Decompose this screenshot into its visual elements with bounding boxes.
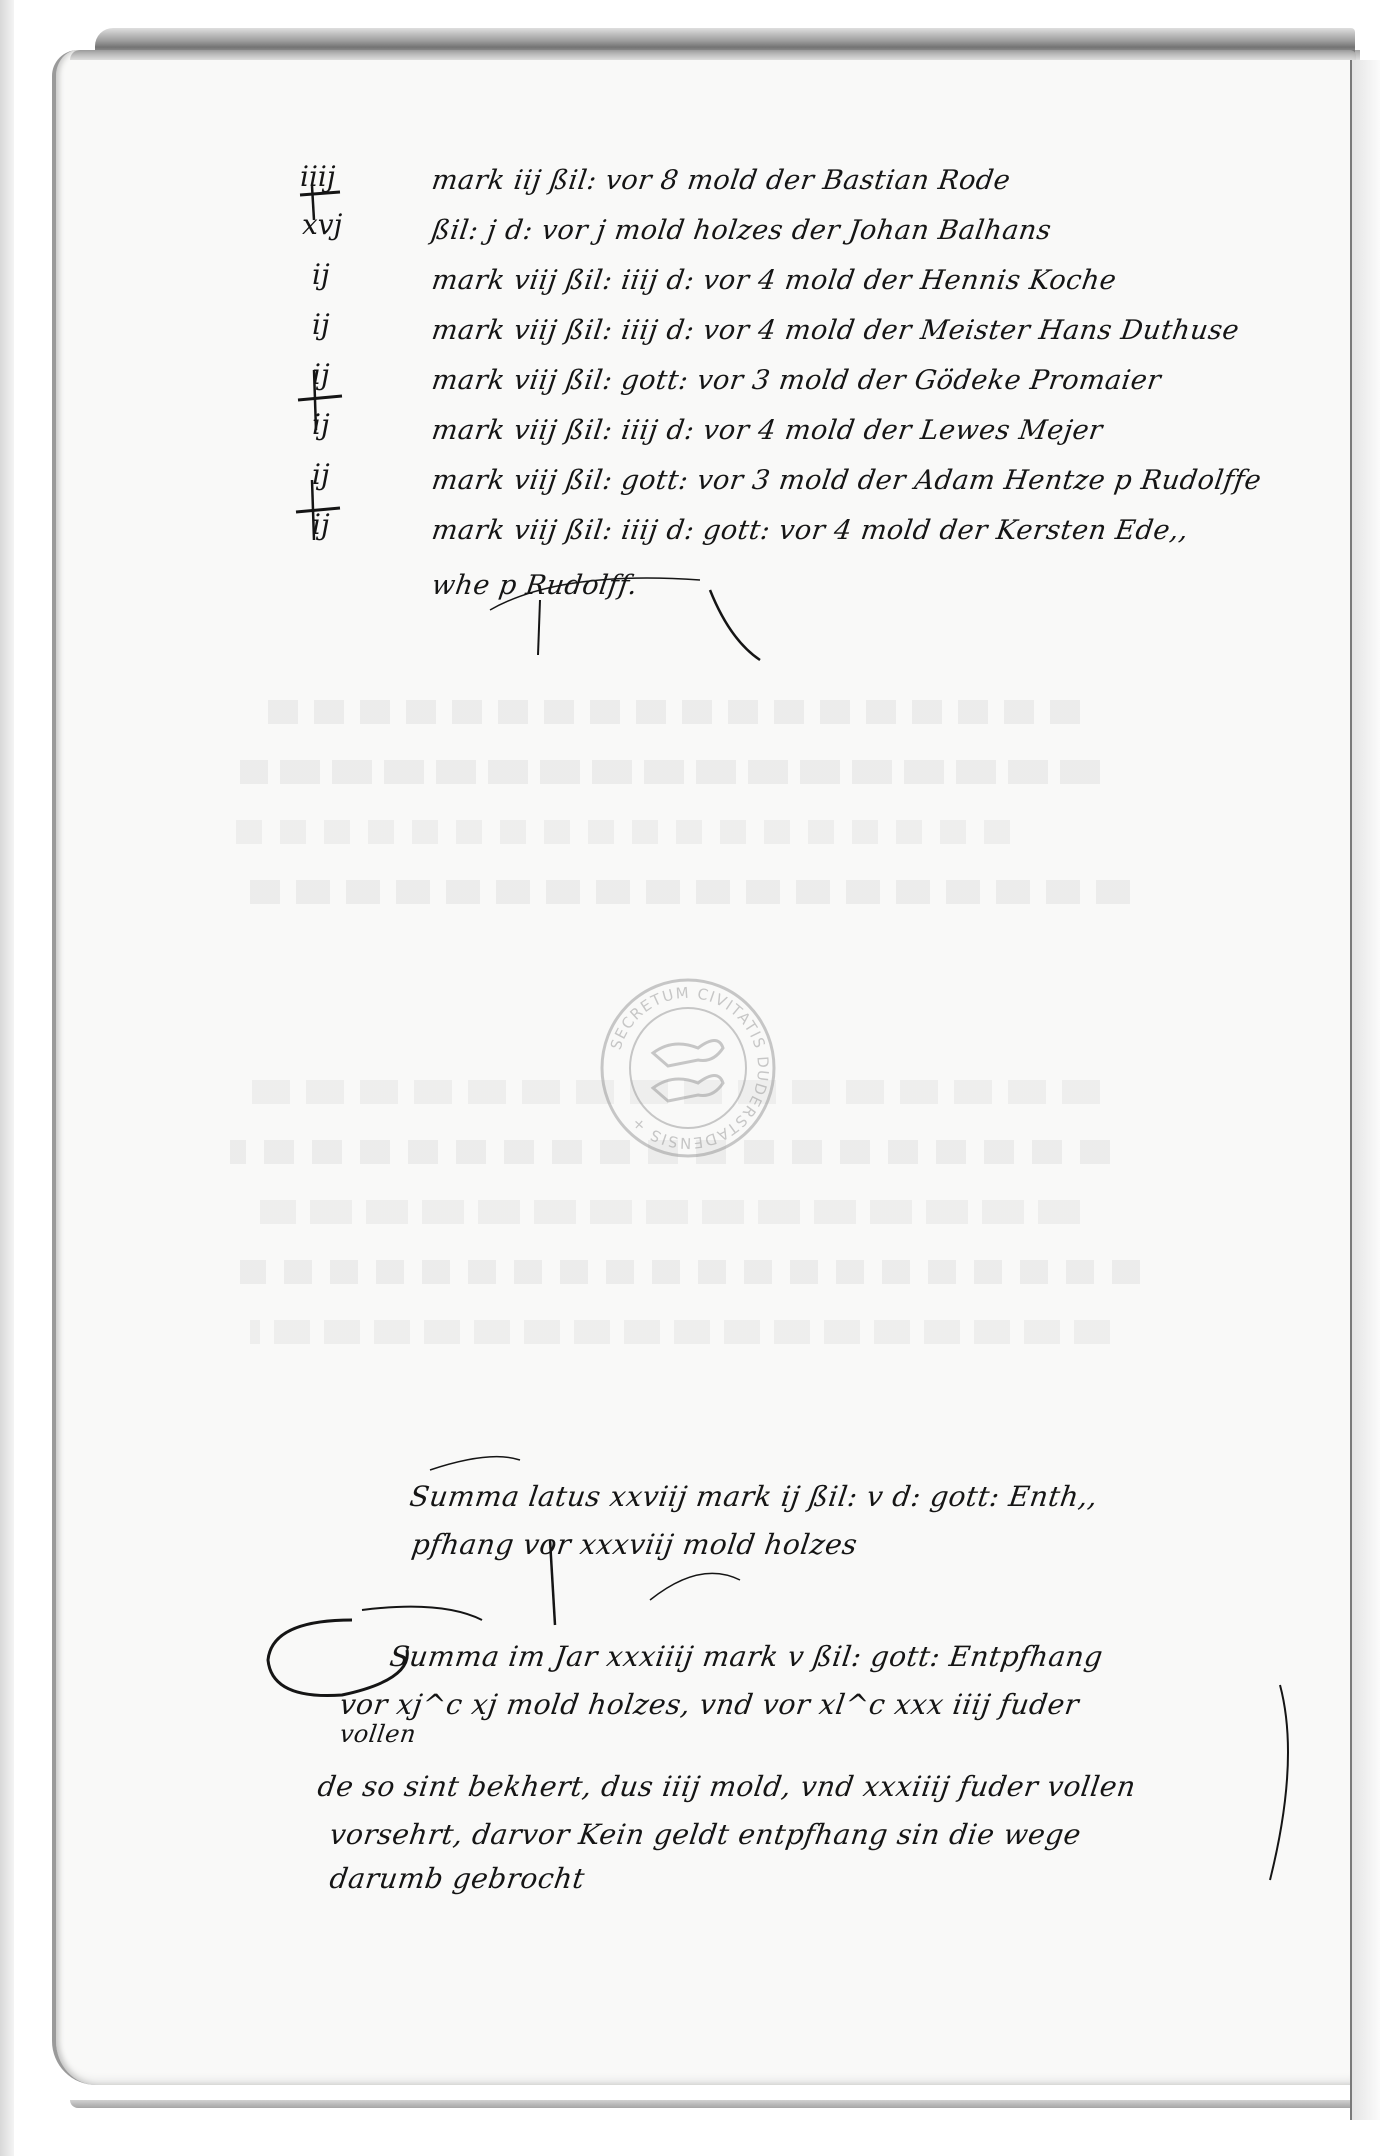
summa-line: vor xj^c xj mold holzes, vnd vor xl^c xx… [338,1688,1081,1721]
bracket-flourish [1260,1680,1320,1890]
ledger-entry: mark viij ßil: iiij d: vor 4 mold der He… [430,265,1119,296]
ledger-entry: mark viij ßil: iiij d: vor 4 mold der Le… [430,415,1105,446]
ledger-entry: mark iij ßil: vor 8 mold der Bastian Rod… [430,165,1013,196]
lion-icon [653,1041,723,1102]
summa-line: vorsehrt, darvor Kein geldt entpfhang si… [328,1818,1084,1851]
ledger-entry: mark viij ßil: gott: vor 3 mold der Göde… [430,365,1163,396]
next-page-edge [1352,60,1380,2120]
numeral-strike-marks [290,150,350,570]
ledger-entry: mark viij ßil: iiij d: gott: vor 4 mold … [430,515,1191,546]
summa-line: darumb gebrocht [328,1862,587,1895]
summa-line: vollen [338,1720,418,1748]
ledger-entry: mark viij ßil: gott: vor 3 mold der Adam… [430,465,1263,496]
scanned-page: iiij xvj ij ij ij ij ij ij mark iij ßil:… [0,0,1380,2156]
page-top-edge-inner [70,50,1360,60]
ledger-entry: mark viij ßil: iiij d: vor 4 mold der Me… [430,315,1241,346]
summa-line: Summa im Jar xxxiiij mark v ßil: gott: E… [388,1640,1105,1673]
city-seal-stamp: SECRETUM CIVITATIS DUDERSTADENSIS + [598,978,778,1158]
ledger-entry: ßil: j d: vor j mold holzes der Johan Ba… [430,215,1054,246]
page-bottom-edge [70,2100,1360,2108]
summa-line: de so sint bekhert, dus iiij mold, vnd x… [316,1770,1138,1803]
entry-flourish [480,560,780,670]
book-gutter [0,0,14,2156]
